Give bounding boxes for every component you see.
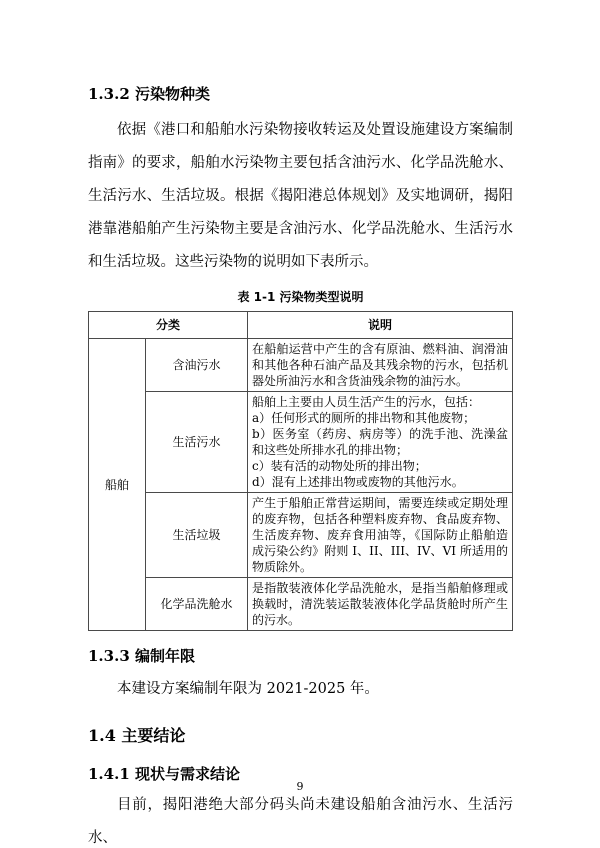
paragraph-pollutant-overview: 依据《港口和船舶水污染物接收转运及处置设施建设方案编制指南》的要求，船舶水污染物… [88,114,513,279]
table-cell-desc-chemical-washing-water: 是指散装液体化学品洗舱水，是指当船舶修理或换载时，清洗装运散装液体化学品货舱时所… [248,578,513,631]
table-cell-desc-garbage: 产生于船舶正常营运期间，需要连续或定期处理的废弃物，包括各种塑料废弃物、食品废弃… [248,493,513,578]
table-header-row: 分类 说明 [89,312,513,339]
page-number: 9 [0,780,600,793]
heading-1-3-2: 1.3.2 污染物种类 [88,84,513,104]
document-page: 1.3.2 污染物种类 依据《港口和船舶水污染物接收转运及处置设施建设方案编制指… [0,0,600,848]
page-content: 1.3.2 污染物种类 依据《港口和船舶水污染物接收转运及处置设施建设方案编制指… [88,84,513,848]
table-cell-desc-domestic-sewage: 船舶上主要由人员生活产生的污水，包括： a）任何形式的厕所的排出物和其他废物； … [248,392,513,493]
table-cell-type-oily-water: 含油污水 [146,339,248,392]
heading-1-3-3: 1.3.3 编制年限 [88,646,513,666]
table-row-garbage: 生活垃圾 产生于船舶正常营运期间，需要连续或定期处理的废弃物，包括各种塑料废弃物… [89,493,513,578]
table-cell-group-ship: 船舶 [89,339,146,631]
table-header-category: 分类 [89,312,248,339]
table-row-domestic-sewage: 生活污水 船舶上主要由人员生活产生的污水，包括： a）任何形式的厕所的排出物和其… [89,392,513,493]
table-row-chemical-washing-water: 化学品洗舱水 是指散装液体化学品洗舱水，是指当船舶修理或换载时，清洗装运散装液体… [89,578,513,631]
paragraph-planning-period: 本建设方案编制年限为 2021-2025 年。 [88,673,513,706]
table-row-oily-water: 船舶 含油污水 在船舶运营中产生的含有原油、燃料油、润滑油和其他各种石油产品及其… [89,339,513,392]
table-header-description: 说明 [248,312,513,339]
table-caption: 表 1-1 污染物类型说明 [88,288,513,305]
heading-1-4: 1.4 主要结论 [88,725,513,747]
table-cell-type-garbage: 生活垃圾 [146,493,248,578]
table-cell-type-chemical-washing-water: 化学品洗舱水 [146,578,248,631]
table-cell-type-domestic-sewage: 生活污水 [146,392,248,493]
table-cell-desc-oily-water: 在船舶运营中产生的含有原油、燃料油、润滑油和其他各种石油产品及其残余物的污水，包… [248,339,513,392]
paragraph-current-status: 目前，揭阳港绝大部分码头尚未建设船舶含油污水、生活污水、 [88,789,513,848]
pollutant-type-table: 分类 说明 船舶 含油污水 在船舶运营中产生的含有原油、燃料油、润滑油和其他各种… [88,311,513,631]
